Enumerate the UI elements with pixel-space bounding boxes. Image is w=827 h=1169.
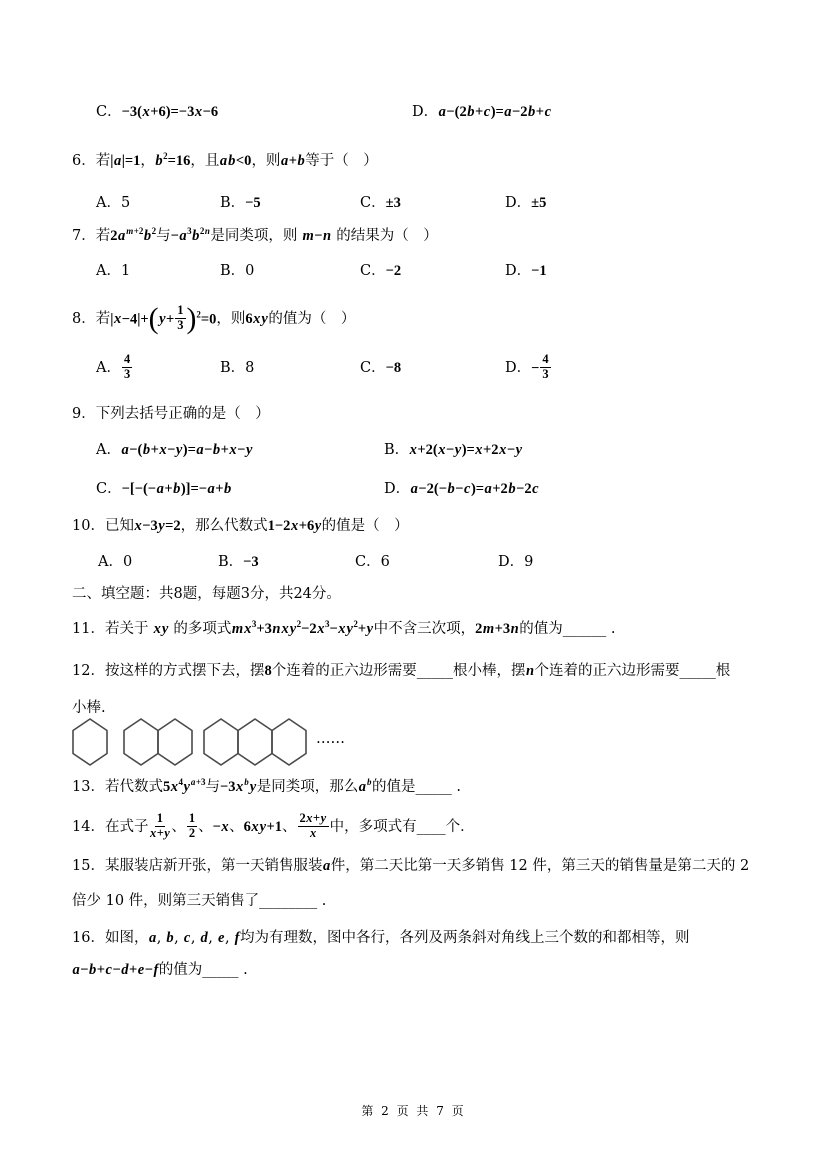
question-9-stem: 9．下列去括号正确的是（ ） [72, 405, 270, 425]
question-16-stem-line2: a−b+c−d+e−f的值为_____ . [72, 961, 248, 981]
question-13-stem: 13．若代数式5x4ya+3与−3xby是同类项，那么ab的值是_____ . [72, 778, 461, 798]
question-8-option-d: D．−43 [505, 348, 552, 390]
question-8-option-a: A．43 [96, 348, 133, 390]
question-6-option-d: D．±5 [505, 194, 546, 214]
question-5-option-c: C．−3(x+6)=−3x−6 [96, 103, 218, 123]
question-9-option-c: C．−[−(−a+b)]=−a+b [96, 480, 232, 500]
page-number-footer: 第 2 页 共 7 页 [0, 1102, 827, 1119]
question-9-option-d: D．a−2(−b−c)=a+2b−2c [384, 480, 539, 500]
section-2-header: 二、填空题：共8题，每题3分，共24分。 [72, 585, 341, 605]
question-7-stem: 7．若2am+2b2与−a3b2n是同类项，则 m−n 的结果为（ ） [72, 227, 438, 247]
question-9-option-a: A．a−(b+x−y)=a−b+x−y [96, 441, 253, 461]
question-8-option-b: B．8 [220, 348, 254, 390]
question-10-option-b: B．−3 [218, 553, 259, 573]
hexagon [272, 719, 306, 765]
hexagon [158, 719, 192, 765]
question-10-stem: 10．已知x−3y=2，那么代数式1−2x+6y的值是（ ） [72, 517, 409, 537]
hexagon-figure [70, 710, 320, 772]
question-8-stem: 8．若|x−4|+(y+13)2=0，则6xy 的值为（ ） [72, 296, 355, 344]
question-6-option-b: B．−5 [220, 194, 261, 214]
question-7-option-c: C．−2 [360, 262, 401, 282]
question-7-option-b: B．0 [220, 262, 254, 282]
question-7-option-a: A．1 [96, 262, 130, 282]
question-10-option-c: C．6 [355, 553, 390, 573]
question-6-stem: 6．若|a|=1，b2=16，且ab<0，则a+b等于（ ） [72, 152, 378, 172]
question-14-stem: 14．在式子1x+y、12、−x、6xy+1、2x+yx中，多项式有____个． [72, 806, 475, 850]
question-15-stem-line2: 倍少 10 件，则第三天销售了________ . [72, 892, 326, 912]
question-8-option-c: C．−8 [360, 348, 401, 390]
question-12-stem-line1: 12．按这样的方式摆下去，摆8个连着的正六边形需要_____根小棒，摆n个连着的… [72, 662, 730, 682]
question-7-option-d: D．−1 [505, 262, 547, 282]
question-10-option-a: A．0 [98, 553, 132, 573]
hexagon [204, 719, 238, 765]
question-6-option-a: A．5 [96, 194, 130, 214]
question-6-option-c: C．±3 [360, 194, 401, 214]
question-11-stem: 11．若关于 xy 的多项式mx3+3nxy2−2x3−xy2+y中不含三次项，… [72, 620, 615, 640]
hexagon [238, 719, 272, 765]
question-16-stem-line1: 16．如图，a, b, c, d, e, f均为有理数，图中各行，各列及两条斜对… [72, 929, 690, 949]
question-15-stem-line1: 15．某服装店新开张，第一天销售服装a件，第二天比第一天多销售 12 件，第三天… [72, 857, 749, 877]
hexagon [124, 719, 158, 765]
hexagon [73, 719, 107, 765]
document-page: C．−3(x+6)=−3x−6 D．a−(2b+c)=a−2b+c 6．若|a|… [0, 0, 827, 1169]
question-10-option-d: D．9 [498, 553, 533, 573]
question-5-option-d: D．a−(2b+c)=a−2b+c [412, 103, 552, 123]
figure-ellipsis: …… [316, 730, 345, 750]
question-9-option-b: B．x+2(x−y)=x+2x−y [384, 441, 523, 461]
